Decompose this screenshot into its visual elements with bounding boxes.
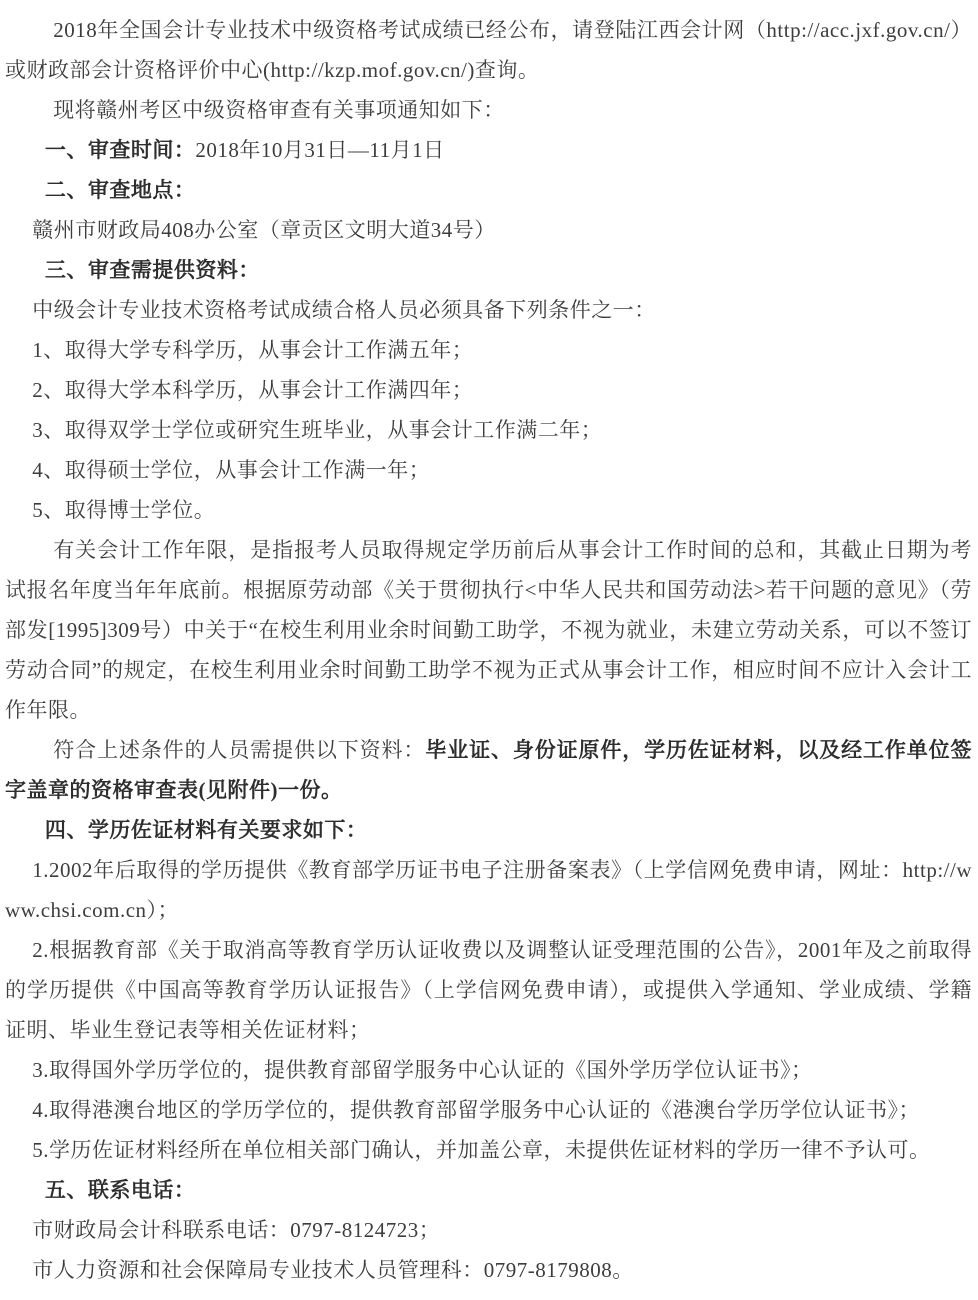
para-contact-finance-bureau: 市财政局会计科联系电话：0797-8124723；	[5, 1210, 972, 1250]
text-run: 有关会计工作年限，是指报考人员取得规定学历前后从事会计工作时间的总和，其截止日期…	[5, 538, 972, 722]
text-run: 2018年全国会计专业技术中级资格考试成绩已经公布，请登陆江西会计网（http:…	[5, 18, 972, 82]
para-requirement-1: 1.2002年后取得的学历提供《教育部学历证书电子注册备案表》（上学信网免费申请…	[5, 850, 972, 930]
para-score-announcement: 2018年全国会计专业技术中级资格考试成绩已经公布，请登陆江西会计网（http:…	[5, 10, 972, 90]
text-run: 1、取得大学专科学历，从事会计工作满五年；	[32, 338, 473, 362]
para-condition-5: 5、取得博士学位。	[5, 490, 972, 530]
para-condition-2: 2、取得大学本科学历，从事会计工作满四年；	[5, 370, 972, 410]
para-condition-1: 1、取得大学专科学历，从事会计工作满五年；	[5, 330, 972, 370]
heading-contact-phone: 五、联系电话：	[5, 1170, 972, 1210]
para-conditions-intro: 中级会计专业技术资格考试成绩合格人员必须具备下列条件之一：	[5, 290, 972, 330]
heading-required-materials: 三、审查需提供资料：	[5, 250, 972, 290]
para-materials-required: 符合上述条件的人员需提供以下资料：毕业证、身份证原件，学历佐证材料，以及经工作单…	[5, 730, 972, 810]
para-requirement-3: 3.取得国外学历学位的，提供教育部留学服务中心认证的《国外学历学位认证书》；	[5, 1050, 972, 1090]
para-requirement-2: 2.根据教育部《关于取消高等教育学历认证收费以及调整认证受理范围的公告》，200…	[5, 930, 972, 1050]
para-notice-intro: 现将赣州考区中级资格审查有关事项通知如下：	[5, 90, 972, 130]
heading-review-time: 一、审查时间：2018年10月31日—11月1日	[5, 130, 972, 170]
para-location-address: 赣州市财政局408办公室（章贡区文明大道34号）	[5, 210, 972, 250]
text-run: 市财政局会计科联系电话：0797-8124723；	[32, 1218, 440, 1242]
para-contact-hr-bureau: 市人力资源和社会保障局专业技术人员管理科：0797-8179808。	[5, 1250, 972, 1290]
bold-text-run: 三、审查需提供资料：	[45, 258, 260, 282]
text-run: 3.取得国外学历学位的，提供教育部留学服务中心认证的《国外学历学位认证书》；	[32, 1058, 812, 1082]
text-run: 2、取得大学本科学历，从事会计工作满四年；	[32, 378, 473, 402]
para-condition-3: 3、取得双学士学位或研究生班毕业，从事会计工作满二年；	[5, 410, 972, 450]
para-requirement-4: 4.取得港澳台地区的学历学位的，提供教育部留学服务中心认证的《港澳台学历学位认证…	[5, 1090, 972, 1130]
text-run: 5.学历佐证材料经所在单位相关部门确认，并加盖公章，未提供佐证材料的学历一律不予…	[32, 1138, 930, 1162]
bold-text-run: 四、学历佐证材料有关要求如下：	[45, 818, 368, 842]
text-run: 赣州市财政局408办公室（章贡区文明大道34号）	[32, 218, 496, 242]
text-run: 现将赣州考区中级资格审查有关事项通知如下：	[53, 98, 505, 122]
notice-document: 2018年全国会计专业技术中级资格考试成绩已经公布，请登陆江西会计网（http:…	[0, 0, 978, 1300]
heading-education-proof-requirements: 四、学历佐证材料有关要求如下：	[5, 810, 972, 850]
text-run: 4、取得硕士学位，从事会计工作满一年；	[32, 458, 430, 482]
text-run: 中级会计专业技术资格考试成绩合格人员必须具备下列条件之一：	[32, 298, 656, 322]
bold-text-run: 二、审查地点：	[45, 178, 196, 202]
text-run: 市人力资源和社会保障局专业技术人员管理科：0797-8179808。	[32, 1258, 634, 1282]
text-run: 2.根据教育部《关于取消高等教育学历认证收费以及调整认证受理范围的公告》，200…	[5, 938, 972, 1042]
text-run: 2018年10月31日—11月1日	[195, 138, 444, 162]
text-run: 3、取得双学士学位或研究生班毕业，从事会计工作满二年；	[32, 418, 602, 442]
text-run: 1.2002年后取得的学历提供《教育部学历证书电子注册备案表》（上学信网免费申请…	[5, 858, 972, 922]
text-run: 4.取得港澳台地区的学历学位的，提供教育部留学服务中心认证的《港澳台学历学位认证…	[32, 1098, 920, 1122]
para-requirement-5: 5.学历佐证材料经所在单位相关部门确认，并加盖公章，未提供佐证材料的学历一律不予…	[5, 1130, 972, 1170]
para-work-years-explanation: 有关会计工作年限，是指报考人员取得规定学历前后从事会计工作时间的总和，其截止日期…	[5, 530, 972, 730]
bold-text-run: 五、联系电话：	[45, 1178, 196, 1202]
bold-text-run: 一、审查时间：	[45, 138, 196, 162]
para-condition-4: 4、取得硕士学位，从事会计工作满一年；	[5, 450, 972, 490]
text-run: 符合上述条件的人员需提供以下资料：	[53, 738, 425, 762]
text-run: 5、取得博士学位。	[32, 498, 215, 522]
heading-review-location: 二、审查地点：	[5, 170, 972, 210]
